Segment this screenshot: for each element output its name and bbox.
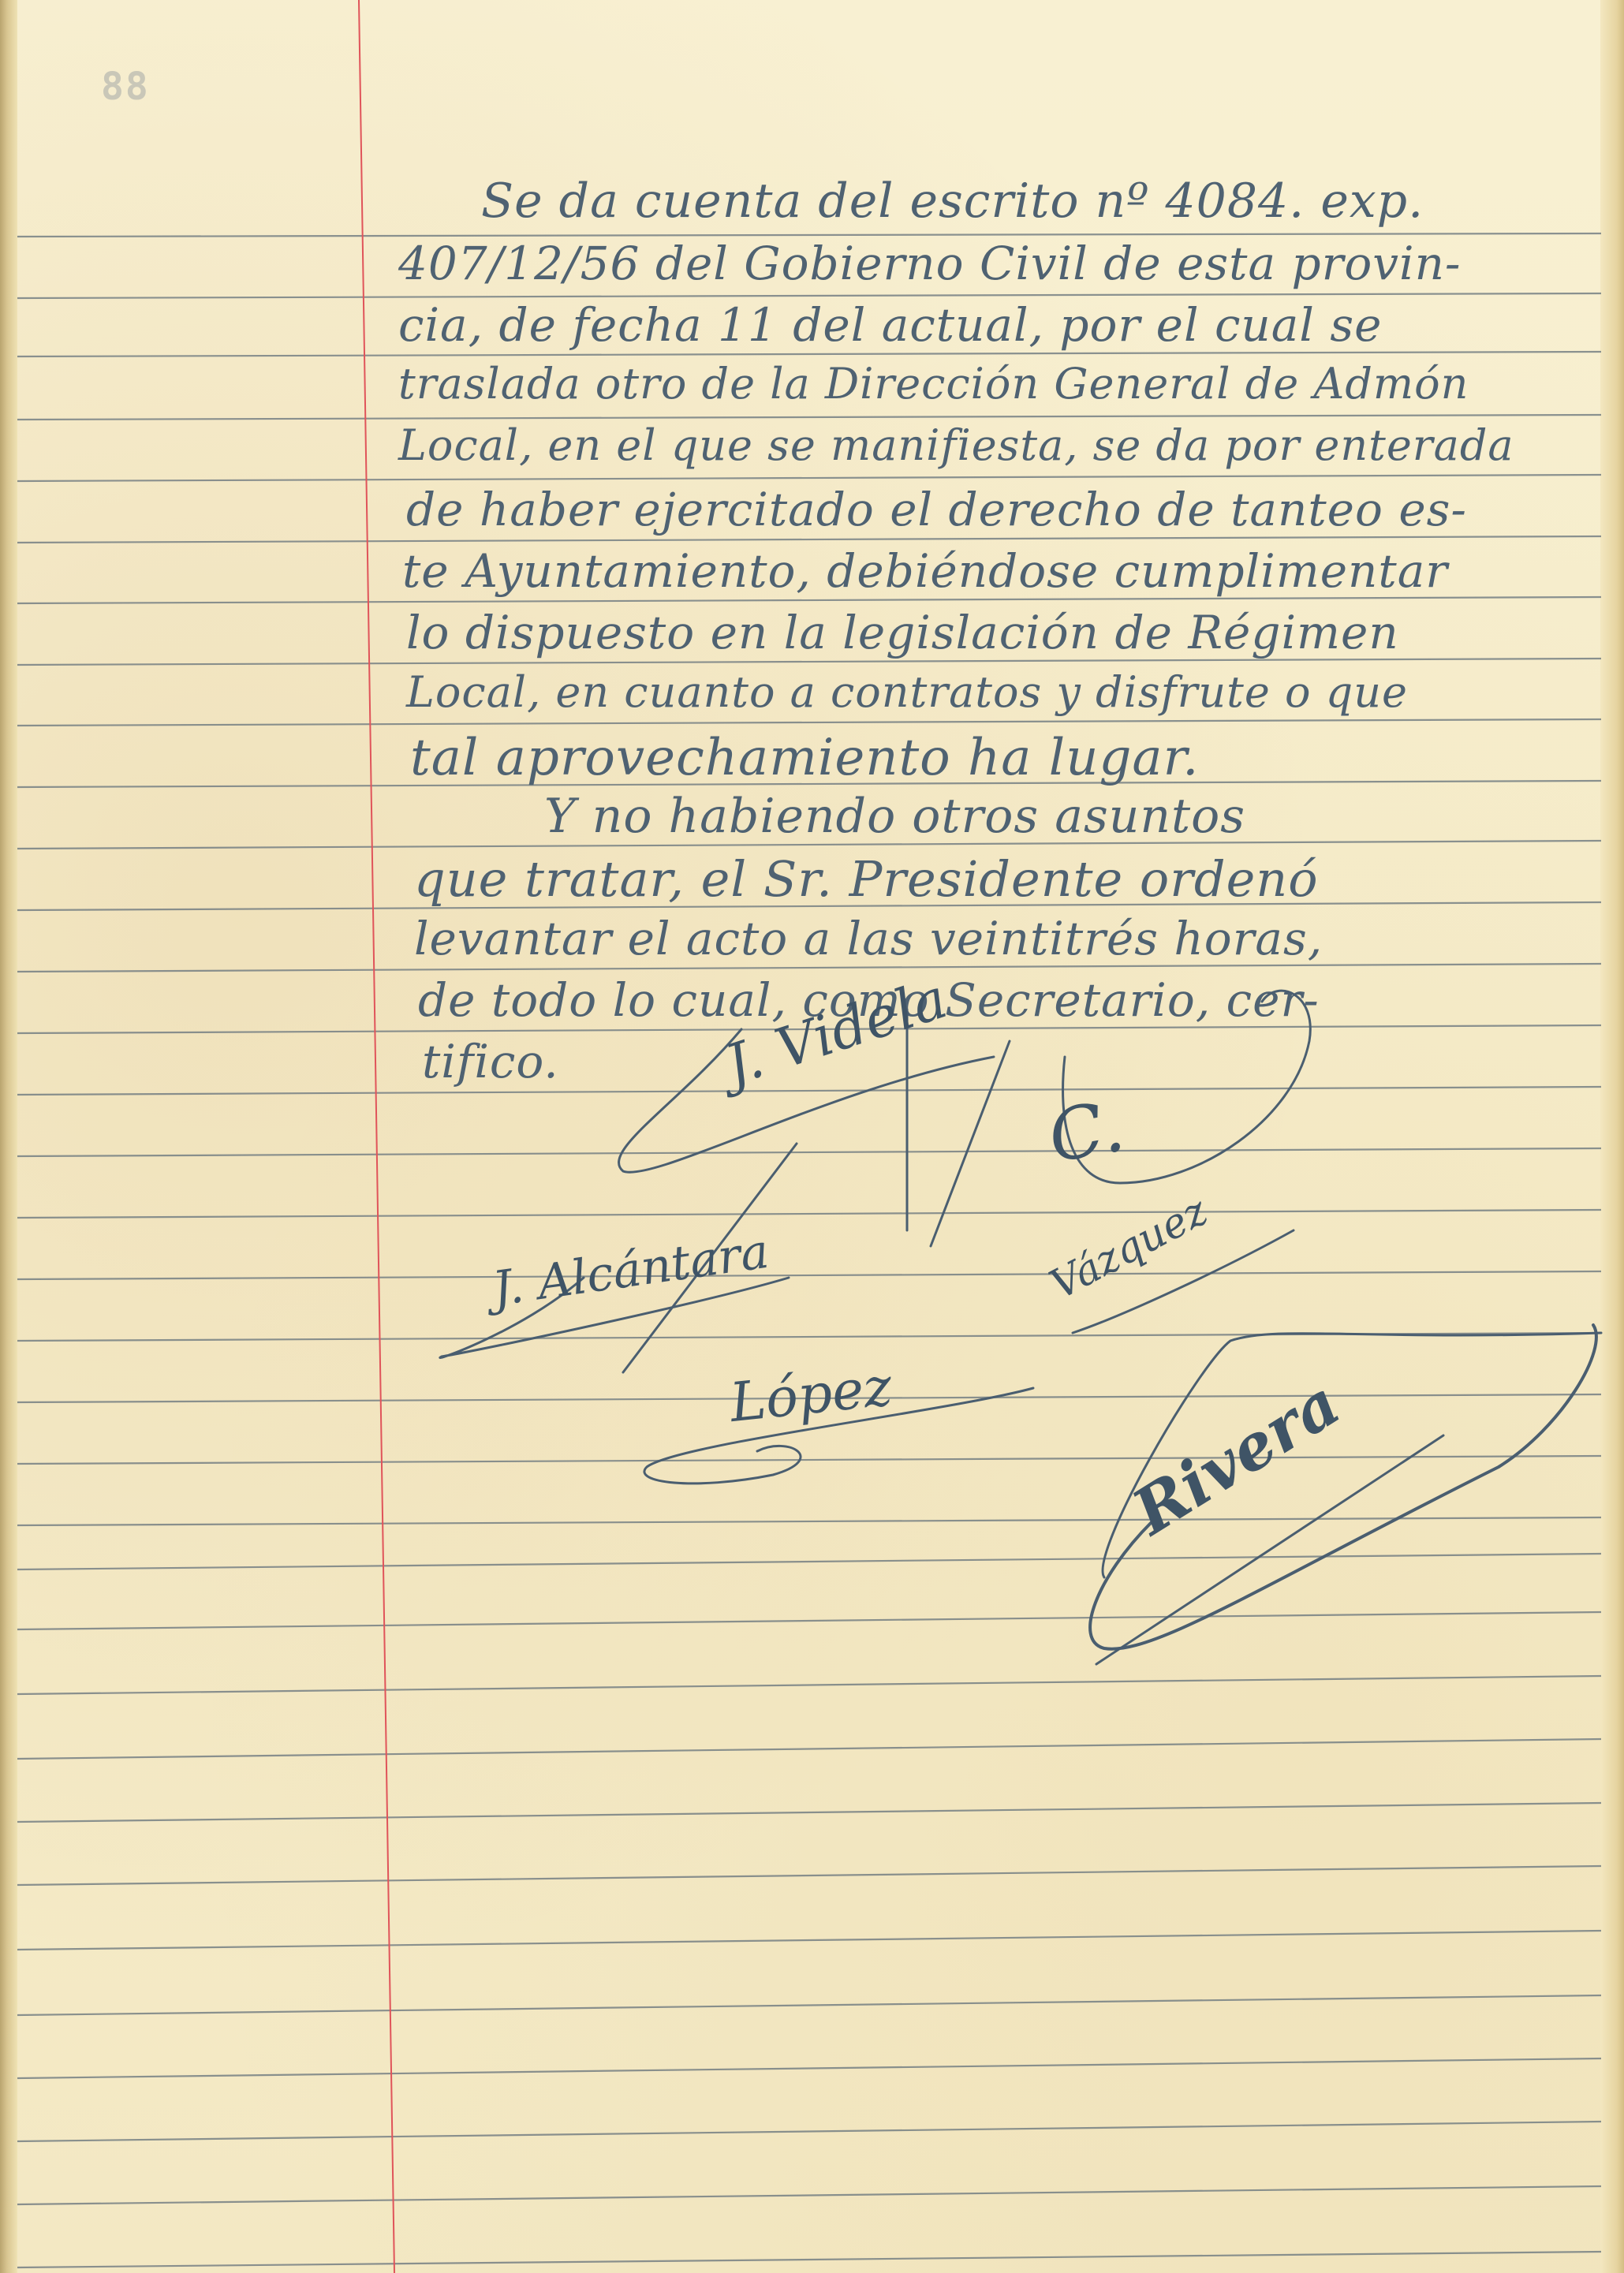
ledger-page: 88 Se da cuenta del escrito nº 4084. exp… — [0, 0, 1624, 2273]
signature-2: C. — [1043, 1084, 1130, 1179]
signature-flourishes — [0, 0, 1624, 2273]
